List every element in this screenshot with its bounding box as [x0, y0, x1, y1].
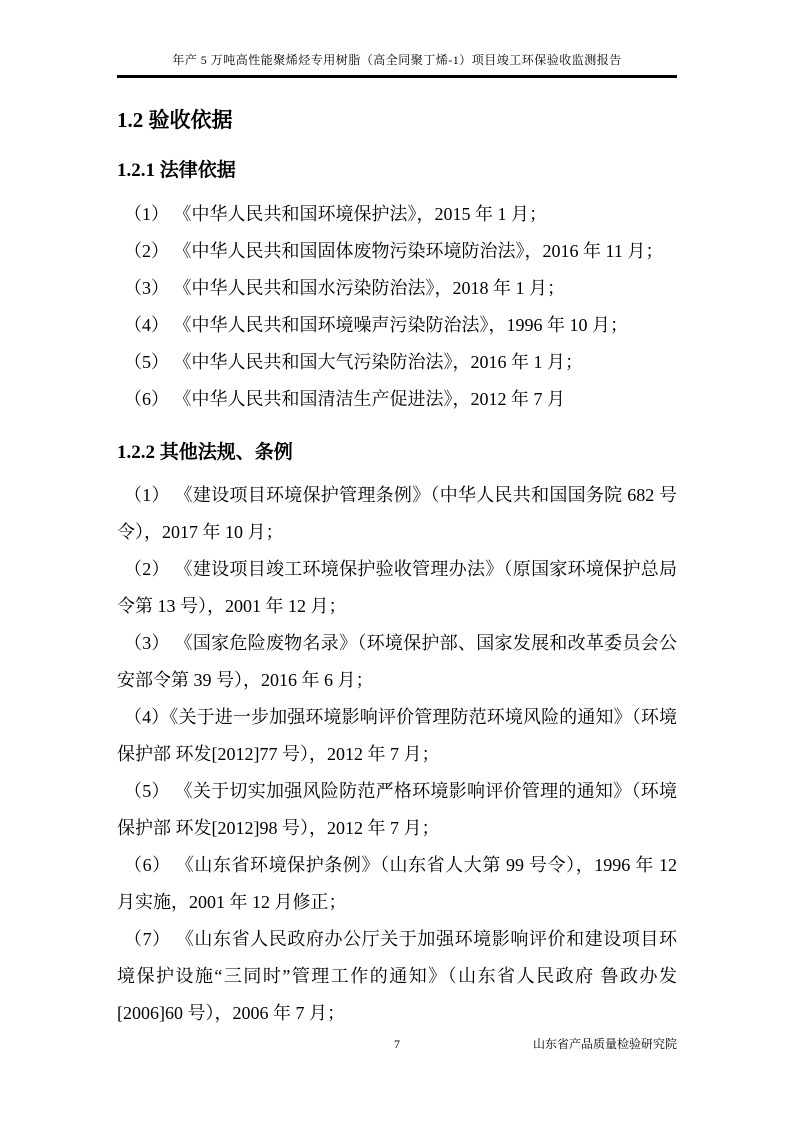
law-item: （5） 《中华人民共和国大气污染防治法》，2016 年 1 月； — [117, 344, 677, 381]
law-item: （2） 《中华人民共和国固体废物污染环境防治法》，2016 年 11 月； — [117, 233, 677, 270]
law-item: （2） 《建设项目竣工环境保护验收管理办法》（原国家环境保护总局令第 13 号）… — [117, 551, 677, 625]
law-item: （5） 《关于切实加强风险防范严格环境影响评价管理的通知》（环境保护部 环发[2… — [117, 773, 677, 847]
law-item: （4） 《中华人民共和国环境噪声污染防治法》，1996 年 10 月； — [117, 307, 677, 344]
law-item: （4）《关于进一步加强环境影响评价管理防范环境风险的通知》（环境保护部 环发[2… — [117, 699, 677, 773]
page-content: 年产 5 万吨高性能聚烯烃专用树脂（高全同聚丁烯-1）项目竣工环保验收监测报告 … — [0, 0, 794, 1032]
law-item: （1） 《建设项目环境保护管理条例》（中华人民共和国国务院 682 号令），20… — [117, 477, 677, 551]
law-item: （1） 《中华人民共和国环境保护法》，2015 年 1 月； — [117, 196, 677, 233]
law-list-1-2-1: （1） 《中华人民共和国环境保护法》，2015 年 1 月； （2） 《中华人民… — [117, 196, 677, 418]
page-header: 年产 5 万吨高性能聚烯烃专用树脂（高全同聚丁烯-1）项目竣工环保验收监测报告 — [117, 0, 677, 78]
law-list-1-2-2: （1） 《建设项目环境保护管理条例》（中华人民共和国国务院 682 号令），20… — [117, 477, 677, 1032]
law-item: （3） 《中华人民共和国水污染防治法》，2018 年 1 月； — [117, 270, 677, 307]
section-heading-1-2: 1.2 验收依据 — [117, 108, 677, 132]
law-item: （6） 《中华人民共和国清洁生产促进法》，2012 年 7 月 — [117, 381, 677, 418]
section-heading-1-2-2: 1.2.2 其他法规、条例 — [117, 442, 677, 464]
header-title: 年产 5 万吨高性能聚烯烃专用树脂（高全同聚丁烯-1）项目竣工环保验收监测报告 — [172, 53, 622, 67]
footer-institute-name: 山东省产品质量检验研究院 — [533, 1036, 677, 1052]
section-heading-1-2-1: 1.2.1 法律依据 — [117, 160, 677, 182]
law-item: （6） 《山东省环境保护条例》（山东省人大第 99 号令），1996 年 12 … — [117, 847, 677, 921]
page-footer: 7 山东省产品质量检验研究院 — [117, 1036, 677, 1054]
law-item: （3） 《国家危险废物名录》（环境保护部、国家发展和改革委员会公安部令第 39 … — [117, 625, 677, 699]
document-page: 年产 5 万吨高性能聚烯烃专用树脂（高全同聚丁烯-1）项目竣工环保验收监测报告 … — [0, 0, 794, 1123]
law-item: （7） 《山东省人民政府办公厅关于加强环境影响评价和建设项目环境保护设施“三同时… — [117, 921, 677, 1032]
